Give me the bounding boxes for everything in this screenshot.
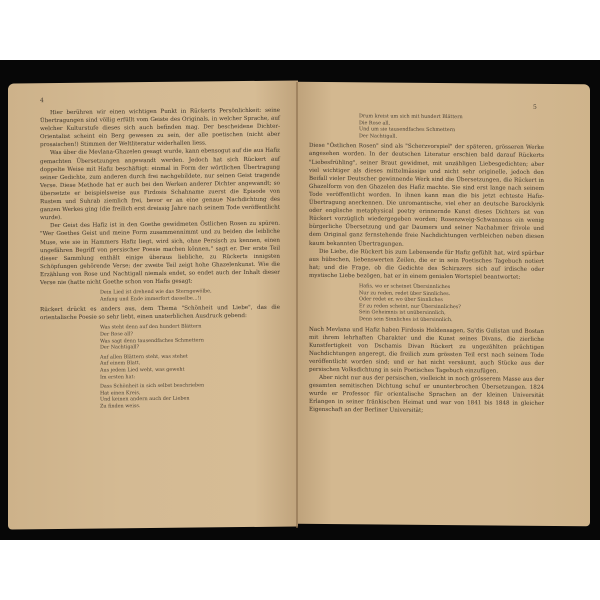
poem-stanza: Auf allen Blättern steht, was stehet Auf… [100,352,280,380]
poem: Was steht denn auf den hundert Blättern … [100,323,280,410]
paragraph: Der Geist des Hafiz ist in den Goethe ge… [40,220,280,287]
right-page-text: Drum kreist um sich mit hundert Blättern… [309,110,544,417]
paragraph: Hier berühren wir einen wichtigen Punkt … [40,107,280,150]
verse-line: Denn sein Sinnliches ist übersinnlich. [359,316,544,324]
verse-line: Anfang und Ende immerfort dasselbe...!) [100,294,280,302]
goethe-quote: Dein Lied ist drehend wie das Sterngewöl… [100,288,280,303]
verse-line: Im ersten hat: [100,372,280,380]
poem-stanza: Dass Schönheit in sich selbst beschriebe… [100,382,280,410]
page-number: 5 [533,104,537,111]
hafiz-quote: Hafis, wo er scheinet Übersinnliches Nur… [359,283,544,324]
paragraph: Nach Mevlana und Hafiz haben Firdosis He… [309,325,544,376]
poem-stanza: Was steht denn auf den hundert Blättern … [100,323,280,351]
paragraph: Diese "Östlichen Rosen" sind als "Scherz… [309,142,544,249]
paragraph: Die Liebe, die Rückert bis zum Lebensend… [309,247,544,281]
verse-line: Zu finden weiss. [100,402,280,410]
verse-line: Der Nachtigall? [100,343,280,351]
left-page-text: Hier berühren wir einen wichtigen Punkt … [40,107,280,414]
paragraph: Rückert drückt es anders aus, dem Thema … [40,304,280,323]
verse-line: Der Nachtigall. [359,133,544,141]
right-page: 5 Drum kreist um sich mit hundert Blätte… [297,82,590,527]
poem-continuation: Drum kreist um sich mit hundert Blättern… [359,113,544,141]
page-number: 4 [40,97,44,104]
left-page: 4 Hier berühren wir einen wichtigen Punk… [8,80,298,529]
paragraph: Was über die Mevlana-Ghazelen gesagt wur… [40,147,280,222]
paragraph: Aber nicht nur aus der persischen, viell… [309,374,544,417]
book-spine [296,82,298,528]
